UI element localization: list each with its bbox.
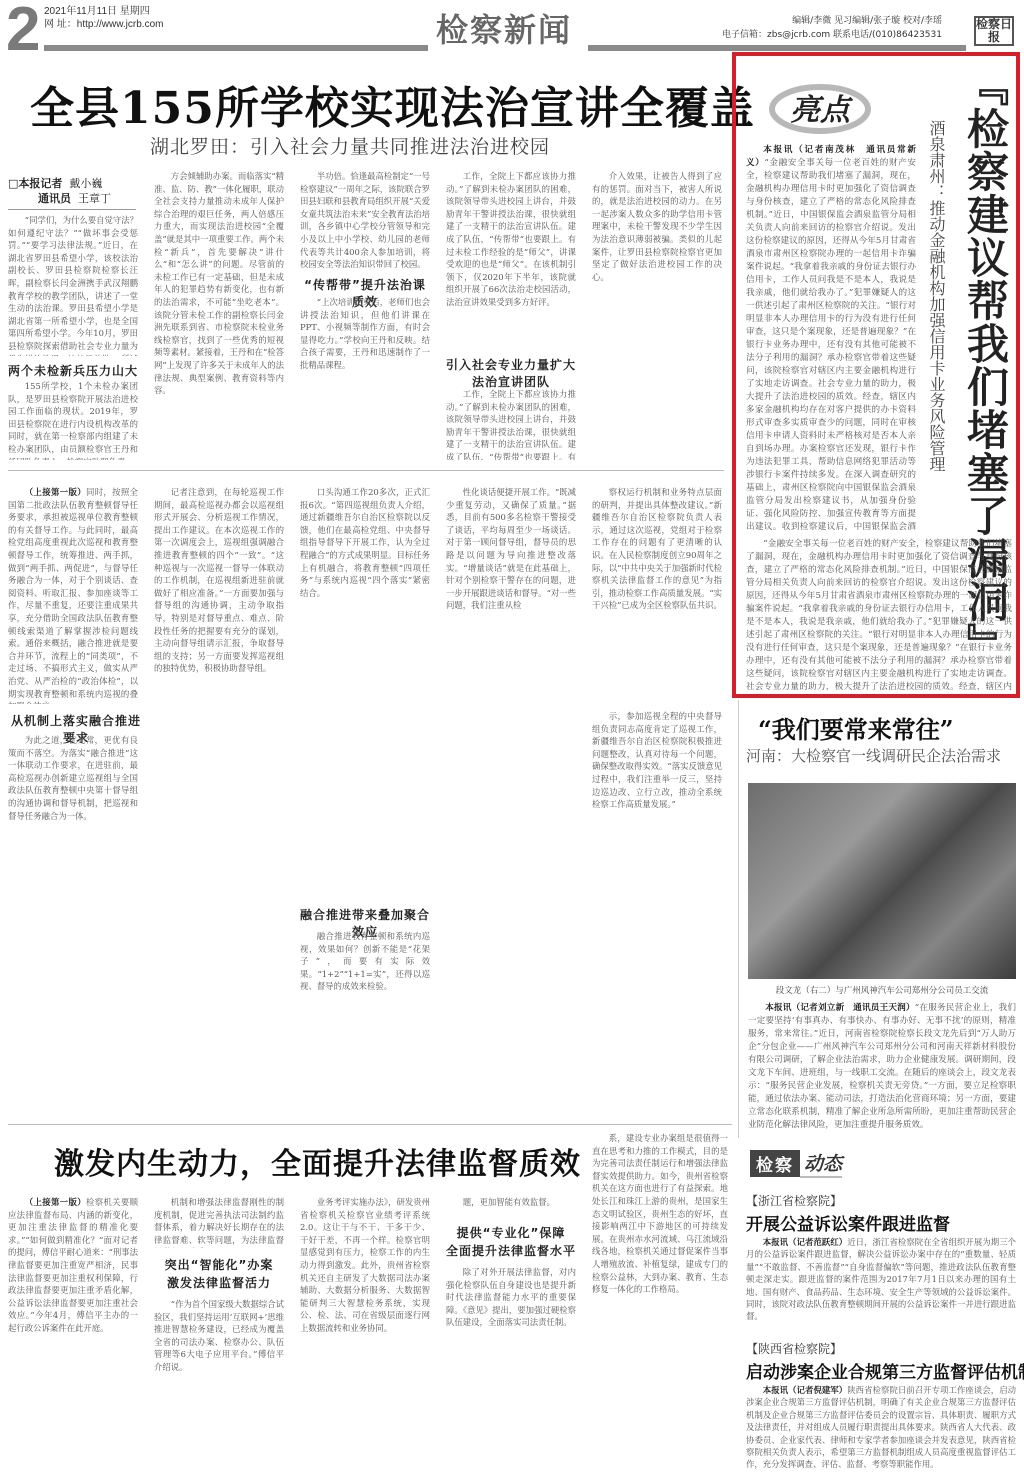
continued-column-1b: 为此之道，优无常，更优有良策而不落空。为落实“融合推进”这一体联动工作要求，在进… [8,734,138,1110]
section-title: 检察新闻 [436,10,572,50]
brief-1-byline: 本报讯（记者范跃红） [763,1237,847,1247]
lead-byline: □本报记者 戴小巍 通讯员 王章丁 [8,176,136,210]
bottom-column-2b: “作为首个国家级大数据综合试验区，我们坚持运用‘互联网+’思维推进智慧检务建设，… [154,1298,284,1468]
henan-byline: 本报讯（记者刘立新 通讯员王天润） [765,1003,915,1013]
bottom-continued-label: （上接第一版） [25,1197,86,1207]
briefs-section-header: 检察 动态 [750,1150,842,1176]
henan-subheadline: 河南：大检察官一线调研民企法治需求 [746,745,1001,766]
brief-2-byline: 本报讯（记者倪建军） [763,1385,847,1395]
bottom-column-1: （上接第一版）检察机关要顺应法律监督布局、内涵的新变化，更加注重法律监督的精准化… [8,1196,138,1468]
correspondent-label: 通讯员 [38,192,71,205]
lead-subhead-3: 引入社会专业力量扩大法治宣讲团队 [446,356,576,390]
continued-column-2: 记者注意到，在每轮巡视工作期间，最高检巡视办都会以巡视组形式开展会、分析巡视工作… [154,486,284,1110]
bottom-subhead-1b: 激发法律监督活力 [154,1274,284,1291]
lead-subheadline: 湖北罗田：引入社会力量共同推进法治进校园 [150,132,550,159]
bottom-column-4b: 除了对外开展法律监督，对内强化检察队伍自身建设也是提升新时代法律监督能力水平的重… [446,1266,576,1468]
continued-label: （上接第一版） [25,487,86,497]
brief-1-region: 【浙江省检察院】 [746,1192,842,1209]
continued-column-4: 性化谈话便捷开展工作。“既减少重复劳动，又确保了质量。”据悉，目前有500多名检… [446,486,576,1110]
bottom-column-4: 题，更加智能有效监督。 [446,1196,576,1210]
column-rule [738,700,739,1138]
brief-2-title: 启动涉案企业合规第三方监督评估机制 [746,1358,1024,1383]
website-link[interactable]: 网 址：http://www.jcrb.com [44,18,163,31]
section-divider-2 [8,1124,732,1125]
editors-line: 编辑/李微 见习编辑/张子璇 校对/李瑶 [722,14,942,28]
page-number: 2 [6,0,40,60]
liangdian-badge-icon: 亮点 [768,84,872,134]
contact-line: 电子信箱：zbs@jcrb.com 联系电话/(010)86423531 [722,28,942,42]
bottom-column-5: 系，建设专业办案组是很值得一直在思考和力推的工作模式，目的是为完善司法责任制运行… [592,1132,728,1468]
lead-column-1: “同学们，为什么要自觉守法？如何遵纪守法？”“做坏事会受惩罚。”“要学习法律法规… [8,214,138,356]
reporter-name: 戴小巍 [69,177,102,190]
lead-column-4b: 工作，全院上下都应该协力推动。”了解到未检办案团队的困难，该院领导带头进校园上讲… [446,388,576,460]
lead-column-3: 半功倍。恰逢最高检制定“一号检察建议”一周年之际，该院联合罗田县妇联和县教育局组… [300,170,430,270]
lead-column-3b: “上次培训结束后，老师们也会讲授法治知识，但他们讲课在PPT、小视频等制作方面，… [300,296,430,460]
bottom-headline: 激发内生动力，全面提升法律监督质效 [54,1139,581,1183]
lead-column-5: 介入效果，让被告人得到了应有的惩罚。面对当下，被害人所说的，就是法治进校园的动力… [592,170,722,460]
continued-column-3: 口头沟通工作20多次，正式汇报6次。“第四巡视组负责人介绍，通过新疆维吾尔自治区… [300,486,430,896]
highlight-subheadline: 酒泉肃州：推动金融机构加强信用卡业务风险管理 [922,120,950,472]
continued-column-1: （上接第一版）同时，按照全国第二批政法队伍教育整顿督导任务要求，承担被巡视单位教… [8,486,138,704]
bottom-subhead-2b: 全面提升法律监督水平 [446,1242,576,1259]
issue-date: 2021年11月11日 星期四 [44,5,163,18]
lead-headline: 全县155所学校实现法治宣讲全覆盖 [30,72,755,136]
section-divider-1 [8,470,724,471]
lead-column-1b: 155所学校，1个未检办案团队，是罗田县检察院开展法治进校园工作面临的现状。20… [8,380,138,460]
bottom-subhead-1a: 突出“智能化”办案 [154,1256,284,1273]
briefs-label-b: 动态 [800,1149,842,1178]
bottom-subhead-2a: 提供“专业化”保障 [446,1224,576,1241]
lead-column-2: 方会倾辅助办案。而临落实“精准、监、防、教”一体化履职，联动全社会支持力量推动未… [154,170,284,460]
photo-caption: 段文龙（右二）与广州风神汽车公司郑州分公司员工交流 [748,984,1016,996]
reporter-label: □本报记者 [8,177,62,190]
brief-2-region: 【陕西省检察院】 [746,1340,842,1357]
brief-1-body: 本报讯（记者范跃红）近日，浙江省检察院在全省组织开展为期三个月的公益诉讼案件跟进… [746,1236,1016,1332]
briefs-label-a: 检察 [750,1150,800,1177]
newspaper-logo: 检察日报 [974,16,1014,46]
bottom-column-3: 业务考评实施办法》，研发贵州省检察机关检察官业绩考评系统2.0。这让干与不干、干… [300,1196,430,1468]
highlight-body: 本报讯（记者南茂林 通讯员常新义）“金融安全事关每一位老百姓的财产安全，检察建议… [746,144,916,534]
highlight-body-wide: “金融安全事关每一位老百姓的财产安全，检察建议帮助我们堵塞了漏洞，现在，金融机构… [746,538,1012,690]
bottom-column-2: 机制和增强法律监督刚性的制度机制，促进完善执法司法制约监督体系，着力解决好长期存… [154,1196,284,1248]
continued-column-3b: 融合推进教育整顿和系统内巡视，效果如何？创新不能是“花架子”，而要有实际效果。“… [300,930,430,1110]
svg-text:亮点: 亮点 [790,93,854,128]
correspondent-name: 王章丁 [78,192,111,205]
news-photo [748,783,1016,979]
henan-headline: “我们要常来常往” [758,710,954,745]
brief-1-title: 开展公益诉讼案件跟进监督 [746,1210,950,1235]
brief-2-body: 本报讯（记者倪建军）陕西省检察院日前召开专项工作座谈会，启动涉案企业合规第三方监… [746,1384,1016,1470]
lead-subhead-1: 两个未检新兵压力山大 [8,362,138,379]
masthead-rule-left [44,45,428,51]
henan-left-column: 示，参加巡视全程的中央督导组负责同志高度肯定了巡视工作，新疆维吾尔自治区检察院积… [592,710,722,1110]
editor-credits: 编辑/李微 见习编辑/张子璇 校对/李瑶 电子信箱：zbs@jcrb.com 联… [722,14,942,42]
henan-body: 本报讯（记者刘立新 通讯员王天润）“在服务民营企业上，我们一定要坚持‘有事真办、… [748,1002,1016,1130]
date-and-website: 2021年11月11日 星期四 网 址：http://www.jcrb.com [44,5,163,31]
masthead-rule-right [588,45,966,51]
lead-column-4: 工作，全院上下都应该协力推动。”了解到未检办案团队的困难，该院领导带头进校园上讲… [446,170,576,350]
